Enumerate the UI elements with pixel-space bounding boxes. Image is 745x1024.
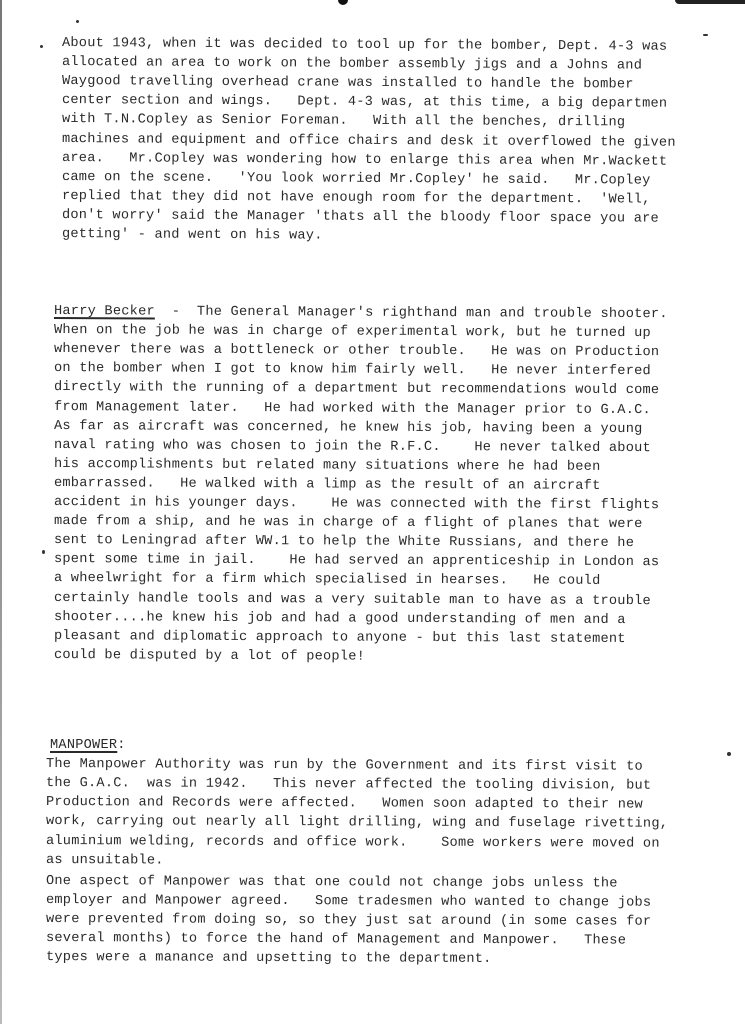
heading-text: MANPOWER <box>50 738 117 753</box>
text-line: As far as aircraft was concerned, he kne… <box>54 419 643 438</box>
text-line: aluminium welding, records and office wo… <box>46 834 660 853</box>
text-line: area. Mr.Copley was wondering how to enl… <box>62 151 667 171</box>
text-line: types were a manance and upsetting to th… <box>46 950 492 968</box>
text-line: don't worry' said the Manager 'thats all… <box>62 208 659 228</box>
page-left-edge <box>0 0 2 1024</box>
text-line: could be disputed by a lot of people! <box>54 648 365 666</box>
person-heading: Harry Becker <box>54 304 155 320</box>
text-line: allocated an area to work on the bomber … <box>62 55 642 75</box>
text-line: Harry Becker - The General Manager's rig… <box>54 304 668 323</box>
text-line: from Management later. He had worked wit… <box>54 400 651 419</box>
text-line: embarrassed. He walked with a limp as th… <box>54 476 601 495</box>
text-line: employer and Manpower agreed. Some trade… <box>46 893 651 912</box>
text-line: the G.A.C. was in 1942. This never affec… <box>46 776 651 795</box>
text-line: were prevented from doing so, so they ju… <box>46 912 651 931</box>
text-line: work, carrying out nearly all light dril… <box>46 814 668 833</box>
line-text: - The General Manager's righthand man an… <box>155 305 668 323</box>
text-line: certainly handle tools and was a very su… <box>54 591 651 610</box>
text-line: accident in his younger days. He was con… <box>54 495 659 514</box>
text-line: came on the scene. 'You look worried Mr.… <box>62 170 651 190</box>
text-line: his accomplishments but related many sit… <box>54 457 601 476</box>
text-line: replied that they did not have enough ro… <box>62 189 651 209</box>
text-line: Production and Records were affected. Wo… <box>46 795 643 814</box>
text-line: made from a ship, and he was in charge o… <box>54 514 643 533</box>
typewritten-page: About 1943, when it was decided to tool … <box>0 0 745 1024</box>
ink-speck <box>76 20 79 23</box>
text-line: naval rating who was chosen to join the … <box>54 438 651 457</box>
text-line: whenever there was a bottleneck or other… <box>54 342 659 361</box>
text-line: shooter....he knew his job and had a goo… <box>54 610 626 629</box>
text-line: When on the job he was in charge of expe… <box>54 323 651 342</box>
section-heading: MANPOWER: <box>50 738 126 754</box>
text-line: a wheelwright for a firm which specialis… <box>54 571 601 590</box>
text-line: getting' - and went on his way. <box>62 227 323 245</box>
binding-mark <box>338 0 348 5</box>
ink-speck <box>727 752 731 756</box>
text-line: sent to Leningrad after WW.1 to help the… <box>54 533 634 552</box>
text-line: One aspect of Manpower was that one coul… <box>46 874 618 892</box>
text-line: center section and wings. Dept. 4-3 was,… <box>62 93 667 113</box>
ink-speck <box>703 34 708 36</box>
text-line: Waygood travelling overhead crane was in… <box>62 74 634 93</box>
text-line: several months) to force the hand of Man… <box>46 931 626 950</box>
ink-speck <box>42 550 45 554</box>
heading-colon: : <box>117 738 125 753</box>
ink-speck <box>40 45 43 48</box>
text-line: with T.N.Copley as Senior Foreman. With … <box>62 112 625 131</box>
text-line: The Manpower Authority was run by the Go… <box>46 757 643 776</box>
page-corner-shadow <box>675 0 745 4</box>
text-line: directly with the running of a departmen… <box>54 380 659 399</box>
text-line: on the bomber when I got to know him fai… <box>54 361 651 380</box>
text-line: spent some time in jail. He had served a… <box>54 552 659 571</box>
text-line: as unsuitable. <box>46 853 164 870</box>
text-line: About 1943, when it was decided to tool … <box>62 36 667 56</box>
text-line: pleasant and diplomatic approach to anyo… <box>54 629 626 648</box>
text-line: machines and equipment and office chairs… <box>62 132 676 152</box>
